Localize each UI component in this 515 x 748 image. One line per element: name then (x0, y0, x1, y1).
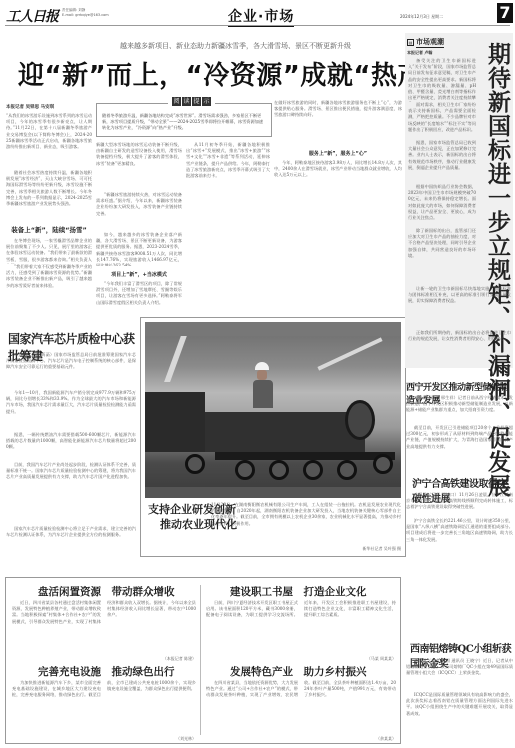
bottom-brief-body: 为加快推进新能源汽车下乡，某市全面完善充电基础设施建设，在城乡地区大力建设充电桩… (12, 680, 196, 738)
bottom-brief-credit: （马某 周某某） (330, 656, 396, 662)
lead-paragraph-4: “我们带着大家不仅感受到新疆冬季产业的活力，还感受到了新疆冰雪资源的优势。”新疆… (6, 264, 92, 314)
photo-caption-block: 11月29日，在湖南衡阳衡农机械有限公司生产车间，工人在组装一台拖拉机。农机是发… (211, 502, 401, 552)
lead-byline: 本报记者 吴铎思 马安琪 (6, 104, 54, 110)
wheel-icon (235, 460, 255, 480)
header-rule (5, 25, 510, 26)
lead-headline: 迎“新”而上，“冷资源”成就“热产业” (18, 55, 468, 92)
face-shape (257, 370, 267, 380)
factory-photo (145, 322, 401, 498)
wheel-icon (303, 460, 323, 480)
lead-subheadline: 越来越多新项目、新业态助力新疆冰雪季，各大滑雪场、景区不断更新升级 (120, 41, 351, 51)
lead-paragraph-3: 在冬博会现场，一家雪橇滑雪品牌企业的展位前聚集了不少人。只见，展厅里的游客正在体… (6, 238, 92, 264)
masthead-info: 责任编辑: 刘静 E-mail: grrbqiye@163.com (62, 8, 109, 18)
bottom-brief-credit: （余某某） (330, 736, 396, 742)
wheel-icon (269, 460, 289, 480)
brief-body: 截至目前，开发区已引进储能项目20余个，总投资超过300亿元，初步形成了从原材料… (406, 425, 513, 465)
sidebar-paragraph-3: 据悉，国家市场监管总局已收到大量社会公众意见，正在加紧修订完善。业内人士表示，新… (408, 140, 476, 184)
bottom-brief-body: 日前，四川宁夏经济技术开发区职工书屋正式启用。该书屋面积120平方米，藏书300… (206, 600, 396, 656)
sidebar-paragraph-7: 正如我们所期待的，新国标的出台必将促进卫生巾行业的规范发展，让女性消费者用得安心… (408, 330, 511, 366)
photo-caption: 11月29日，在湖南衡阳衡农机械有限公司生产车间，工人在组装一台拖拉机。农机是发… (211, 502, 401, 546)
worker-figure (253, 362, 273, 412)
page-number: 7 (497, 3, 513, 23)
wheel-icon (185, 454, 205, 474)
reading-tip-char: 提 (192, 97, 201, 106)
chip-story-paragraph-5: 国家汽车芯片质量检验检测中心将立足于产业需求，建立完善的汽车芯片检测认证体系，为… (6, 526, 136, 570)
sidebar-byline: 本报记者 卢翰 (407, 50, 432, 56)
chip-story-paragraph-3: 据悉，一辆传统燃油汽车需要搭载500-600颗芯片，新能源汽车搭载的芯片数量约1… (6, 432, 136, 462)
lead-paragraph-7: 如今，越来越多的冰雪装备企业落户新疆，各大滑雪场、景区不断更新设备，为游客提供更… (96, 232, 182, 266)
lead-paragraph-10: 从11月初冬季开始，新疆各地积极推出“冰雪+”发展模式，推出“冰雪+旅游”“冰雪… (186, 142, 270, 314)
brief-lead: 本报讯（记者 邢生祥）记者日前从西宁经济技术开发区获悉，西宁开发区积极推动新型储… (406, 395, 513, 425)
lead-paragraph-8: “今年我们丰富了滑雪区的项目，除了常规滑雪项目外，还增加了雪地摩托、雪圈等娱乐项… (96, 281, 182, 313)
bottom-brief-credit: （本报记者 陈建） (140, 656, 196, 662)
brief-body: 沪宁合高铁全长约221.46公里，设计时速350公里，是国家“八纵八横”高速铁路… (406, 518, 513, 572)
ceiling-light (317, 337, 382, 370)
reading-tip-text: 随着冬季旅游升温，新疆各地结构完成“冰雪世界”。滑雪场需求强劲，多家景区不断更新… (102, 113, 266, 131)
bottom-brief-body: 近日，四川省某县各村通过盘活村集体闲置资源，发展特色种植养殖产业，带动群众增收致… (12, 600, 196, 656)
wheel-icon (373, 454, 393, 474)
reading-tip-char: 阅 (172, 97, 181, 106)
lead-paragraph-11: 今年，阿勒泰地区接待游客3.98万人，同比增长14.8万人次，其中，2400余人… (274, 160, 402, 280)
engine-block (145, 392, 205, 452)
bottom-brief-headline: 完善充电设施 推动绿色出行 (38, 664, 175, 679)
bottom-brief-headline: 发展特色产业 助力乡村振兴 (230, 664, 367, 679)
brief-lead: 本报讯（记者 李国 通讯员 王晓宁）近日，记者从中铝西南铝业获悉，该公司熔铸厂Q… (406, 658, 513, 692)
bottom-brief-headline: 建设职工书屋 打造企业文化 (230, 584, 367, 599)
reading-tip-label: 阅 读 提 示 (168, 97, 215, 106)
tractor-body (205, 412, 365, 452)
helmet-shape (255, 362, 269, 370)
sidebar-paragraph-5: 除了新国标的出台，监管部门还应加大对卫生巾产品的抽检力度，对不合格产品坚决处理，… (408, 228, 476, 284)
floor-rail (145, 487, 401, 498)
reading-tip-char: 示 (202, 97, 211, 106)
column-divider (200, 585, 201, 735)
brief-body: ICQCC是国际质量管理领域具有较高影响力的盛会，此次获奖标志着西南铝在质量管理… (406, 692, 513, 744)
ceiling (145, 322, 401, 336)
reading-tip-box: 随着冬季旅游升温，新疆各地结构完成“冰雪世界”。滑雪场需求强劲，多家景区不断更新… (96, 103, 272, 137)
torso-shape (253, 380, 273, 408)
chip-story-paragraph-4: 目前，我国汽车芯片产业尚处起步阶段，检测认证体系不完善，质量标准不统一。国家汽车… (6, 462, 136, 526)
sidebar-paragraph-6: 让新一轮的卫生巾新国标尽快落地实施，国家标准与团体标准相互补充，以更高的标准引领… (408, 286, 511, 330)
lead-paragraph-6: “新疆冰雪旅游持续火热，对冰雪运动装备需求旺盛。”据介绍，今年以来，新疆冰雪装备… (96, 192, 182, 232)
sidebar-paragraph-1: 备受关注的卫生巾新国标进入“关于发布”阶段，国家市场监管总局日前发布征求意见稿，… (408, 58, 476, 102)
lead-subhead-1: 装备上“新”，陆续“扬雪” (6, 225, 92, 234)
bottom-brief-body: 在四川省某县，当地依托资源优势，大力发展特色产业。通过“公司+合作社+农户”的模… (206, 680, 396, 738)
bottom-brief-credit: （刘光林） (140, 736, 196, 742)
wheel-icon (337, 460, 357, 480)
photo-credit: 新华社记者 吴叶强 摄 (211, 546, 401, 552)
issue-date: 2024年12月3日 星期二 (400, 14, 443, 20)
lead-paragraph-2: 随着社会冰雪热度持续升温，新疆各地积极发展“冰雪经济”，天山大峡谷雪场、可可托海… (6, 170, 92, 220)
lead-subhead-3: 服务上“新”，服务上“心” (274, 150, 402, 157)
brief-lead: 本报讯（记者 邓崎口）11月26日凌晨，位于江苏南京市江北新区的沪宁合高铁跨线桥… (406, 492, 513, 518)
section-title: 企业·市场 (228, 6, 294, 27)
email-line: E-mail: grrbqiye@163.com (62, 13, 109, 18)
chip-story-lead: 本报讯（记者 蒋菡）国家市场监管总局日前批准筹建国家汽车芯片质量检验检测中心。汽… (6, 352, 136, 390)
bottom-brief-headline: 盘活闲置资源 带动群众增收 (38, 584, 175, 599)
market-commentary-tag: ▤ 市场观潮 (407, 37, 444, 48)
track-frame (215, 452, 395, 460)
lead-paragraph-5: 新疆大型冰雪场地的冰雪运动装备不断升级，由新疆自主研发的造雪设备投入使用，滑雪场… (96, 142, 182, 192)
sidebar-paragraph-4: 根据中国纺织品行业协会数据，2023年中国卫生巾市场规模突破700亿元，未来仍将… (408, 184, 476, 228)
column-icon: ▤ (407, 39, 414, 46)
newspaper-logo: 工人日报 (6, 6, 58, 26)
column-label: 市场观潮 (416, 37, 444, 48)
chip-story-paragraph-2: 今年1—10月，我国新能源汽车产销分别完成977.9万辆和975万辆，同比分别增… (6, 390, 136, 432)
lead-subhead-2: 项目上“新”，+当冰模式 (96, 271, 182, 278)
sidebar-paragraph-2: 面对需求，相关卫生巾厂家纷纷表示支持新国标，产品需要全面检测，严格把控质量。不少… (408, 102, 476, 140)
lead-paragraph-9: 在做好冰雪旅游的同时，新疆各地冰雪旅游服务也不断上“心”，为游客提供贴心服务。滑… (274, 100, 402, 140)
reading-tip-char: 读 (182, 97, 191, 106)
gear-hub (345, 400, 375, 440)
